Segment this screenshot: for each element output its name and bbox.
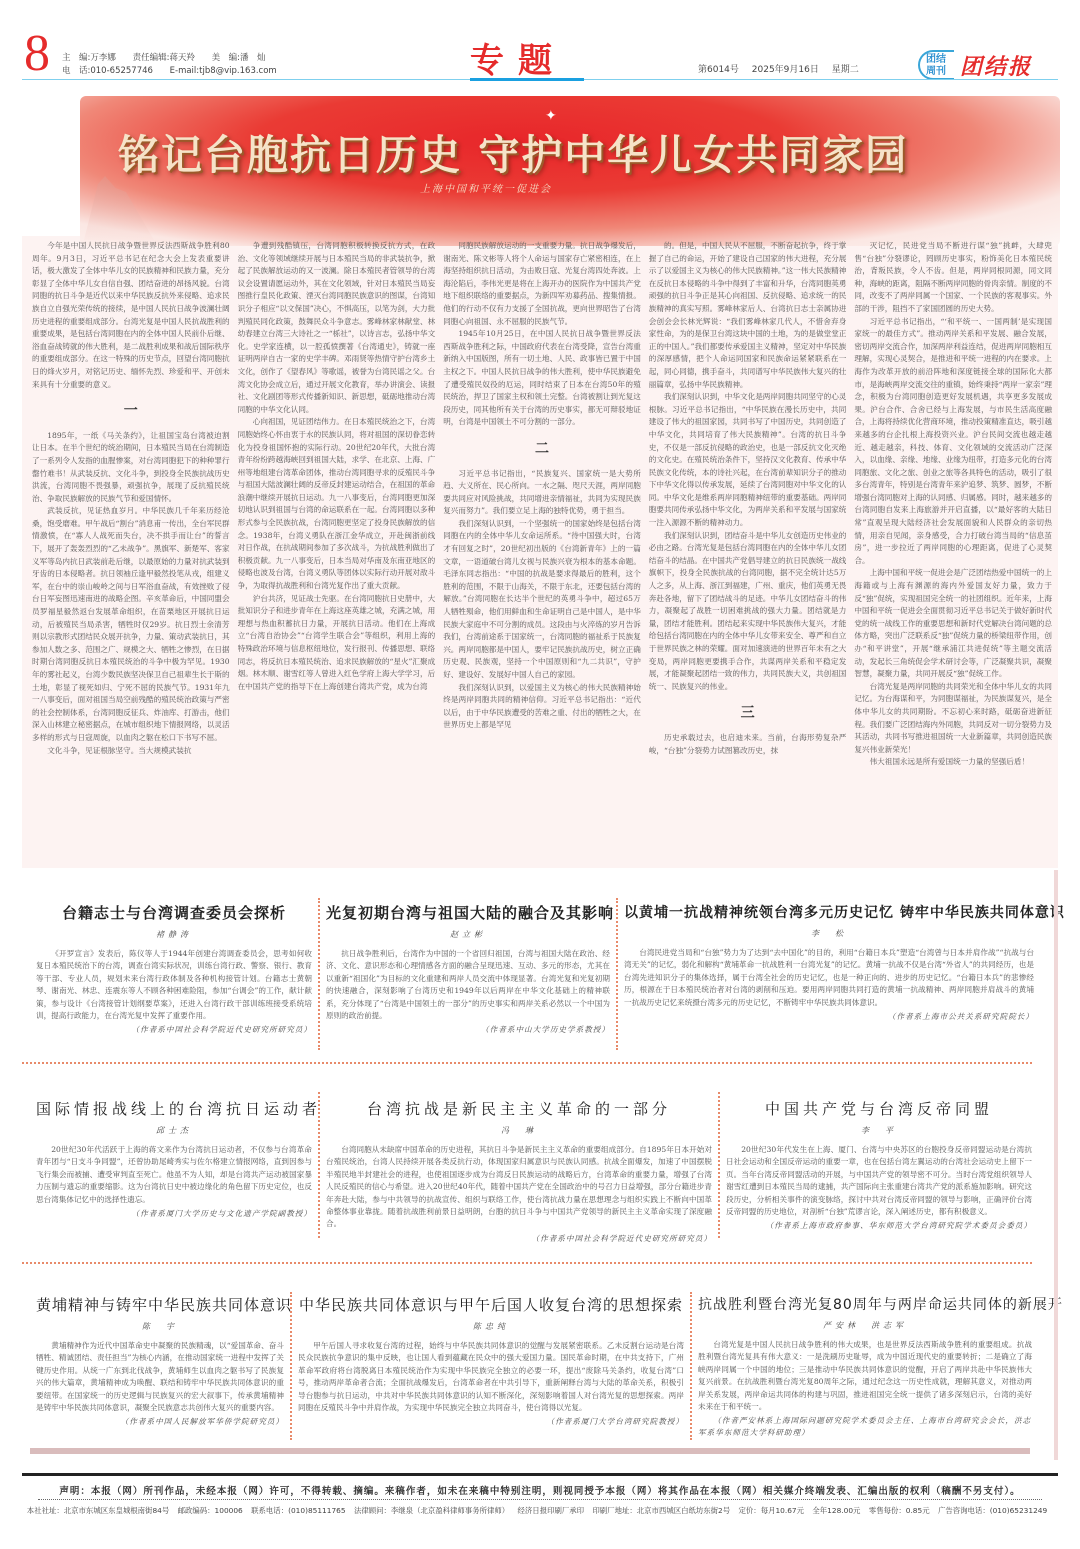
- price-yearly: 全年128.00元: [812, 1506, 860, 1515]
- column-divider: [318, 898, 320, 1050]
- article-author: 李 松: [624, 928, 1034, 939]
- article-body: 台湾同胞从未缺席中国革命的历史进程，其抗日斗争是新民主主义革命的重要组成部分。自…: [326, 1144, 712, 1231]
- postcode: 邮政编码：100006: [178, 1506, 243, 1515]
- responsible-editor: 责任编辑:蒋天羚: [133, 53, 195, 63]
- masthead: 8 主 编:万李娜 责任编辑:蒋天羚 美 编:潘 灿 电 话:010-65257…: [22, 20, 1058, 80]
- paragraph: 今年是中国人民抗日战争暨世界反法西斯战争胜利80周年。9月3日，习近平总书记在纪…: [32, 240, 230, 391]
- article-title: 中华民族共同体意识与甲午后国人收复台湾的思想探索: [298, 1294, 684, 1315]
- article-title: 中国共产党与台湾反帝同盟: [726, 1098, 1032, 1119]
- row-divider: [22, 1262, 1032, 1264]
- article-body: 台湾光复是中国人民抗日战争胜利的伟大成果，也是世界反法西斯战争胜利的重要组成。抗…: [698, 1339, 1032, 1413]
- art-editor: 美 编:潘 灿: [212, 53, 266, 63]
- article-author: 褚静涛: [36, 929, 312, 940]
- author-note: （作者系中国社会科学院近代史研究所研究员）: [326, 1233, 712, 1245]
- author-note: （作者系上海市政府参事、华东师范大学台湾研究院学术委员会委员）: [726, 1220, 1032, 1232]
- article-whampoa-spirit: 黄埔精神与铸牢中华民族共同体意识 陈 宇 黄埔精神作为近代中国革命史中凝聚的民族…: [36, 1294, 284, 1428]
- column-divider: [616, 898, 618, 1050]
- paragraph: 台湾光复是两岸同胞的共同荣光和全体中华儿女的共同记忆。为台海谋和平，为同胞谋福祉…: [854, 681, 1052, 757]
- column-divider: [290, 1292, 292, 1440]
- bottom-band: [30, 1448, 1030, 1454]
- email: E-mail:tjb8@vip.163.com: [170, 66, 277, 76]
- paragraph: 伟大祖国永远是所有爱国统一力量的坚强后盾！: [854, 756, 1052, 769]
- paragraph: 上海中国和平统一促进会是广泛团结热爱中国统一的上海籍或与上海有渊源的海内外爱国友…: [854, 567, 1052, 680]
- article-title: 以黄埔一抗战精神统领台湾多元历史记忆 铸牢中华民族共同体意识: [624, 902, 1034, 922]
- article-taiwan-survey-committee: 台籍志士与台湾调查委员会探析 褚静涛 《开罗宣言》发表后，陈仪等人于1944年创…: [36, 902, 312, 1036]
- column-divider: [690, 1292, 692, 1440]
- paragraph: 灭记忆，民进党当局不断进行谋“独”挑衅，大肆兜售“台独”分裂谬论，罔顾历史事实，…: [854, 240, 1052, 316]
- banner-subtitle: 上海中国和平统一促进会: [420, 180, 552, 195]
- weekly-logo: 团结周刊: [918, 50, 954, 80]
- author-note: （作者系中国社会科学院近代史研究所研究员）: [36, 1024, 312, 1036]
- price-monthly: 定价：每月10.67元: [739, 1506, 805, 1515]
- author-note: （作者严安林系上海国际问题研究院学术委员会主任、上海市台湾研究会会长，洪志军系华…: [698, 1415, 1032, 1439]
- author-note: （作者系厦门大学台湾研究院教授）: [298, 1416, 684, 1428]
- header-rule-accent: [470, 78, 584, 81]
- article-title: 抗战胜利暨台湾光复80周年与两岸命运共同体的新展开: [698, 1294, 1032, 1314]
- paragraph: 的。但是，中国人民从不屈服，不断奋起抗争，终于掌握了自己的命运，开始了建设自己国…: [649, 240, 847, 391]
- paragraph: 我们深刻认识到，一个坚强统一的国家始终是包括台湾同胞在内的全体中华儿女命运所系。…: [443, 518, 641, 682]
- paper-logo: 团结报: [960, 50, 1032, 81]
- article-author: 严安林 洪志军: [698, 1320, 1032, 1331]
- article-author: 李 平: [726, 1125, 1032, 1136]
- paragraph: 同胞民族解放运动的一支重要力量。抗日战争爆发后，谢南光、陈文彬等人将个人命运与国…: [443, 240, 641, 328]
- issue-date: 2025年9月16日: [752, 65, 819, 75]
- footer-dotted-rule: [38, 1499, 1042, 1500]
- article-title: 光复初期台湾与祖国大陆的融合及其影响: [326, 902, 610, 923]
- issue-info: 第6014号 2025年9月16日 星期二: [698, 62, 869, 75]
- author-note: （作者系厦门大学历史与文化遗产学院副教授）: [36, 1208, 312, 1220]
- author-note: （作者系中国人民解放军华侨学院研究员）: [36, 1416, 284, 1428]
- main-article: 今年是中国人民抗日战争暨世界反法西斯战争胜利80周年。9月3日，习近平总书记在纪…: [32, 240, 1052, 860]
- issue-number: 第6014号: [698, 65, 739, 75]
- printer-address: 印刷厂地址：北京市西城区白纸坊东街2号: [592, 1506, 730, 1515]
- article-column-1: 今年是中国人民抗日战争暨世界反法西斯战争胜利80周年。9月3日，习近平总书记在纪…: [32, 240, 230, 860]
- paragraph: 1945年10月25日，在中国人民抗日战争暨世界反法西斯战争胜利之际，中国政府代…: [443, 328, 641, 429]
- printer: 经济日报印刷厂承印: [518, 1506, 585, 1515]
- article-new-democratic-revolution: 台湾抗战是新民主主义革命的一部分 冯 琳 台湾同胞从未缺席中国革命的历史进程，其…: [326, 1098, 712, 1245]
- article-body: 《开罗宣言》发表后，陈仪等人于1944年创建台湾调查委员会，思考如何收复日本殖民…: [36, 948, 312, 1022]
- article-title: 台湾抗战是新民主主义革命的一部分: [326, 1098, 712, 1119]
- author-note: （作者系中山大学历史学系教授）: [326, 1024, 610, 1036]
- article-column-2: 争遭到残酷镇压，台湾同胞积极转换反抗方式，在政治、文化等领域继续开展与日本殖民当…: [238, 240, 436, 860]
- article-intelligence-front: 国际情报战线上的台湾抗日运动者 邱士杰 20世纪30年代活跃于上海的蒋文来作为台…: [36, 1098, 312, 1220]
- page-number: 8: [24, 26, 50, 82]
- article-whampoa-spirit-memory: 以黄埔一抗战精神统领台湾多元历史记忆 铸牢中华民族共同体意识 李 松 台湾民进党…: [624, 902, 1034, 1023]
- paragraph: 争遭到残酷镇压，台湾同胞积极转换反抗方式，在政治、文化等领域继续开展与日本殖民当…: [238, 240, 436, 416]
- article-body: 20世纪30年代活跃于上海的蒋文来作为台湾抗日运动者，不仅参与台湾革命青年团与“…: [36, 1144, 312, 1206]
- banner-title: 铭记台胞抗日历史 守护中华儿女共同家园: [118, 122, 1018, 181]
- article-anti-imperialist-league: 中国共产党与台湾反帝同盟 李 平 20世纪30年代发生在上海、厦门、台湾与中央苏…: [726, 1098, 1032, 1232]
- paragraph: 习近平总书记指出，“民族复兴、国家统一是大势所趋、大义所在、民心所向。一水之隔、…: [443, 468, 641, 518]
- column-divider: [718, 1092, 720, 1238]
- section-title: 专题: [470, 40, 566, 82]
- article-author: 邱士杰: [36, 1125, 312, 1136]
- article-post-1894-thought: 中华民族共同体意识与甲午后国人收复台湾的思想探索 陈忠纯 甲午后国人寻求收复台湾…: [298, 1294, 684, 1428]
- article-author: 赵立彬: [326, 929, 610, 940]
- article-title: 国际情报战线上的台湾抗日运动者: [36, 1098, 312, 1119]
- paragraph: 我们深刻认识到，以爱国主义为核心的伟大民族精神始终是两岸同胞共同的精神信仰。习近…: [443, 682, 641, 732]
- paragraph: 历史承载过去，也启迪未来。当前，台海形势复杂严峻，“台独”分裂势力试图篡改历史，…: [649, 732, 847, 757]
- section-heading-1: 一: [32, 405, 230, 418]
- contact-phone: 联系电话：(010)85111765: [251, 1506, 345, 1515]
- chief-editor: 主 编:万李娜: [62, 53, 116, 63]
- article-author: 陈忠纯: [298, 1321, 684, 1332]
- paragraph: 1895年，一纸《马关条约》，让祖国宝岛台湾被迫割让日本。在半个世纪的统治期间，…: [32, 430, 230, 506]
- phone: 电 话:010-65257746: [62, 66, 153, 76]
- editor-credits: 主 编:万李娜 责任编辑:蒋天羚 美 编:潘 灿 电 话:010-6525774…: [62, 52, 291, 78]
- paragraph: 我们深刻认识到，团结奋斗是中华儿女创造历史伟业的必由之路。台湾光复是包括台湾同胞…: [649, 530, 847, 694]
- office-address: 本社社址：北京市东城区东皇城根南街84号: [27, 1506, 169, 1515]
- article-body: 台湾民进党当局和“台独”势力为了达到“去中国化”的目的，利用“台籍日本兵”塑造“…: [624, 947, 1034, 1009]
- article-80th-anniversary: 抗战胜利暨台湾光复80周年与两岸命运共同体的新展开 严安林 洪志军 台湾光复是中…: [698, 1294, 1032, 1439]
- article-column-3: 同胞民族解放运动的一支重要力量。抗日战争爆发后，谢南光、陈文彬等人将个人命运与国…: [443, 240, 641, 860]
- article-author: 陈 宇: [36, 1321, 284, 1332]
- section-heading-3: 三: [649, 707, 847, 720]
- imprint-line: 本社社址：北京市东城区东皇城根南街84号 邮政编码：100006 联系电话：(0…: [22, 1505, 1058, 1516]
- author-note: （作者系上海市公共关系研究院院长）: [624, 1011, 1034, 1023]
- paragraph: 习近平总书记指出，“‘和平统一、一国两制’是实现国家统一的最佳方式”。推动两岸关…: [854, 316, 1052, 568]
- paragraph: 心向祖国，见证团结伟力。在日本殖民统治之下，台湾同胞始终心怀由衷于水的民族认同，…: [238, 416, 436, 592]
- paragraph: 沪台共济，见证战士先驱。在台湾同胞抗日史册中，大批知识分子和进步青年在上海这座英…: [238, 593, 436, 694]
- article-author: 冯 琳: [326, 1125, 712, 1136]
- article-column-4: 的。但是，中国人民从不屈服，不断奋起抗争，终于掌握了自己的命运，开始了建设自己国…: [649, 240, 847, 860]
- row-divider: [22, 1062, 1032, 1064]
- section-heading-2: 二: [443, 443, 641, 456]
- article-body: 黄埔精神作为近代中国革命史中凝聚的民族精魂，以“爱国革命、奋斗牺牲、精诚团结、责…: [36, 1340, 284, 1414]
- article-title: 台籍志士与台湾调查委员会探析: [36, 902, 312, 923]
- footer-rule: [22, 1473, 1058, 1476]
- price-single: 零售每份：0.85元: [869, 1506, 930, 1515]
- article-body: 20世纪30年代发生在上海、厦门、台湾与中央苏区的台胞投身反帝同盟运动是台湾抗日…: [726, 1144, 1032, 1218]
- paragraph: 武装反抗，见证热血岁月。中华民族几千年来历经沧桑，饱受磨难。甲午战后“割台”消息…: [32, 505, 230, 744]
- article-column-5: 灭记忆，民进党当局不断进行谋“独”挑衅，大肆兜售“台独”分裂谬论，罔顾历史事实，…: [854, 240, 1052, 860]
- page-edge-rule: [1054, 870, 1058, 1460]
- paragraph: 文化斗争，见证根脉坚守。当大规模武装抗: [32, 745, 230, 758]
- article-body: 甲午后国人寻求收复台湾的过程，始终与中华民族共同体意识的觉醒与发展紧密联系。乙未…: [298, 1340, 684, 1414]
- paragraph: 我们深刻认识到，中华文化是两岸同胞共同坚守的心灵根脉。习近平总书记指出，“中华民…: [649, 391, 847, 530]
- issue-weekday: 星期二: [832, 65, 859, 75]
- legal-counsel: 法律顾问：李继泉（北京盈科律师事务所律师）: [354, 1506, 509, 1515]
- ad-phone: 广告咨询电话：(010)65231249: [938, 1506, 1047, 1515]
- copyright-declaration: 声明：本报（网）所刊作品，未经本报（网）许可，不得转载、摘编。来稿作者，如未在来…: [22, 1483, 1058, 1497]
- article-early-restoration-integration: 光复初期台湾与祖国大陆的融合及其影响 赵立彬 抗日战争胜利后，台湾作为中国的一个…: [326, 902, 610, 1036]
- article-title: 黄埔精神与铸牢中华民族共同体意识: [36, 1294, 284, 1315]
- article-body: 抗日战争胜利后，台湾作为中国的一个省回归祖国，台湾与祖国大陆在政治、经济、文化、…: [326, 948, 610, 1022]
